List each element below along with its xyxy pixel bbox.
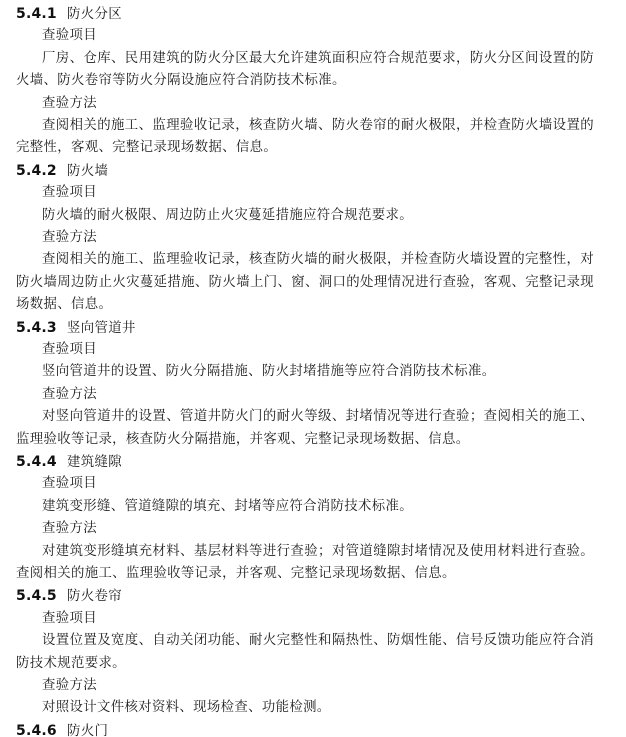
- section-number: 5.4.3: [16, 317, 67, 339]
- section-number: 5.4.4: [16, 451, 67, 473]
- inspection-method-label: 查验方法: [16, 675, 596, 697]
- section-title: 防火墙: [67, 161, 108, 183]
- inspection-method-text: 查阅相关的施工、监理验收记录，核查防火墙的耐火极限，并检查防火墙设置的完整性，对…: [16, 249, 594, 316]
- inspection-method-label: 查验方法: [16, 518, 596, 540]
- section-title: 防火门: [67, 721, 108, 737]
- inspection-item-text: 建筑变形缝、管道缝隙的填充、封堵等应符合消防技术标准。: [16, 496, 594, 518]
- section-title: 竖向管道井: [67, 318, 136, 340]
- section-title: 防火卷帘: [67, 586, 122, 608]
- inspection-method-text: 对建筑变形缝填充材料、基层材料等进行查验；对管道缝隙封堵情况及使用材料进行查验。…: [16, 541, 594, 586]
- inspection-item-label: 查验项目: [16, 25, 596, 47]
- inspection-item-text: 厂房、仓库、民用建筑的防火分区最大允许建筑面积应符合规范要求，防火分区间设置的防…: [16, 48, 594, 93]
- inspection-method-label: 查验方法: [16, 93, 596, 115]
- inspection-method-label: 查验方法: [16, 227, 596, 249]
- inspection-item-label: 查验项目: [16, 473, 596, 495]
- section-heading: 5.4.2 防火墙: [16, 160, 596, 182]
- section-5-4-3: 5.4.3 竖向管道井 查验项目 竖向管道井的设置、防火分隔措施、防火封堵措施等…: [16, 317, 596, 451]
- section-5-4-5: 5.4.5 防火卷帘 查验项目 设置位置及宽度、自动关闭功能、耐火完整性和隔热性…: [16, 585, 596, 719]
- inspection-item-text: 竖向管道井的设置、防火分隔措施、防火封堵措施等应符合消防技术标准。: [16, 361, 594, 383]
- inspection-method-text: 对竖向管道井的设置、管道井防火门的耐火等级、封堵情况等进行查验；查阅相关的施工、…: [16, 406, 594, 451]
- inspection-item-text: 设置位置及宽度、自动关闭功能、耐火完整性和隔热性、防烟性能、信号反馈功能应符合消…: [16, 630, 594, 675]
- inspection-item-label: 查验项目: [16, 608, 596, 630]
- inspection-method-label: 查验方法: [16, 384, 596, 406]
- section-number: 5.4.5: [16, 585, 67, 607]
- section-heading: 5.4.3 竖向管道井: [16, 317, 596, 339]
- document-page: 5.4.1 防火分区 查验项目 厂房、仓库、民用建筑的防火分区最大允许建筑面积应…: [0, 0, 596, 737]
- inspection-method-text: 对照设计文件核对资料、现场检查、功能检测。: [16, 697, 594, 719]
- section-heading: 5.4.1 防火分区: [16, 3, 596, 25]
- section-5-4-6: 5.4.6 防火门: [16, 720, 596, 737]
- inspection-item-label: 查验项目: [16, 339, 596, 361]
- section-number: 5.4.2: [16, 160, 67, 182]
- section-heading: 5.4.6 防火门: [16, 720, 596, 737]
- section-heading: 5.4.4 建筑缝隙: [16, 451, 596, 473]
- section-number: 5.4.1: [16, 3, 67, 25]
- section-5-4-1: 5.4.1 防火分区 查验项目 厂房、仓库、民用建筑的防火分区最大允许建筑面积应…: [16, 3, 596, 160]
- section-5-4-2: 5.4.2 防火墙 查验项目 防火墙的耐火极限、周边防止火灾蔓延措施应符合规范要…: [16, 160, 596, 317]
- inspection-item-text: 防火墙的耐火极限、周边防止火灾蔓延措施应符合规范要求。: [16, 205, 594, 227]
- section-heading: 5.4.5 防火卷帘: [16, 585, 596, 607]
- section-5-4-4: 5.4.4 建筑缝隙 查验项目 建筑变形缝、管道缝隙的填充、封堵等应符合消防技术…: [16, 451, 596, 585]
- section-title: 建筑缝隙: [67, 452, 122, 474]
- section-title: 防火分区: [67, 4, 122, 26]
- section-number: 5.4.6: [16, 720, 67, 737]
- inspection-method-text: 查阅相关的施工、监理验收记录，核查防火墙、防火卷帘的耐火极限，并检查防火墙设置的…: [16, 115, 594, 160]
- inspection-item-label: 查验项目: [16, 182, 596, 204]
